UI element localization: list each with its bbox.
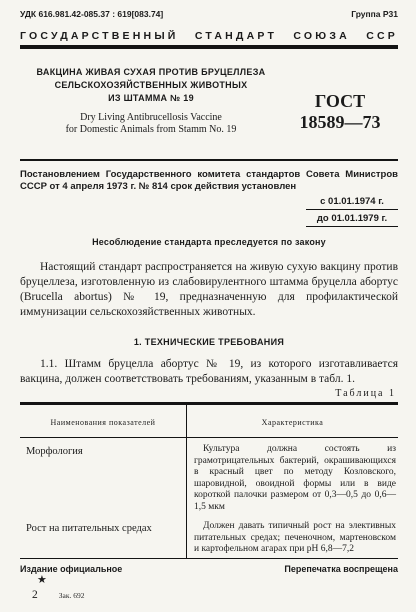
section-1-heading: 1. ТЕХНИЧЕСКИЕ ТРЕБОВАНИЯ xyxy=(20,337,398,347)
gost-document-page: УДК 616.981.42-085.37 : 619[083.74] Груп… xyxy=(0,0,416,612)
title-block: ВАКЦИНА ЖИВАЯ СУХАЯ ПРОТИВ БРУЦЕЛЛЕЗА СЕ… xyxy=(20,66,398,136)
state-standard-banner: ГОСУДАРСТВЕННЫЙ СТАНДАРТ СОЮЗА ССР xyxy=(20,30,398,42)
star-icon: ★ xyxy=(37,575,398,586)
table-row-morphology-value: Культура должна состоять из грамотрицате… xyxy=(187,438,398,515)
clause-1-1: 1.1. Штамм бруцелла абортус № 19, из кот… xyxy=(20,357,398,387)
page-number: 2 xyxy=(32,589,38,601)
table-header-characteristic: Характеристика xyxy=(187,405,398,438)
table-row-morphology-name: Морфология xyxy=(20,438,187,515)
title-en-line-2: for Domestic Animals from Stamm No. 19 xyxy=(20,124,282,136)
decree-paragraph: Постановлением Государственного комитета… xyxy=(20,169,398,193)
document-header-row: УДК 616.981.42-085.37 : 619[083.74] Груп… xyxy=(20,9,398,19)
intro-paragraph: Настоящий стандарт распространяется на ж… xyxy=(20,260,398,320)
valid-from-date: с 01.01.1974 г. xyxy=(306,193,398,210)
title-english: Dry Living Antibrucellosis Vaccine for D… xyxy=(20,112,282,136)
banner-rule xyxy=(20,45,398,49)
title-ru-line-2: СЕЛЬСКОХОЗЯЙСТВЕННЫХ ЖИВОТНЫХ xyxy=(20,79,282,92)
title-en-line-1: Dry Living Antibrucellosis Vaccine xyxy=(20,112,282,124)
valid-to-date: до 01.01.1979 г. xyxy=(306,210,398,227)
reprint-prohibited-label: Перепечатка воспрещена xyxy=(284,564,398,574)
title-left-column: ВАКЦИНА ЖИВАЯ СУХАЯ ПРОТИВ БРУЦЕЛЛЕЗА СЕ… xyxy=(20,66,282,136)
table-row-growth-value: Должен давать типичный рост на элективны… xyxy=(187,515,398,558)
print-order-note: Зак. 692 xyxy=(59,591,85,600)
table-1-caption: Таблица 1 xyxy=(20,388,398,399)
table-1: Наименования показателей Характеристика … xyxy=(20,402,398,559)
title-ru-line-1: ВАКЦИНА ЖИВАЯ СУХАЯ ПРОТИВ БРУЦЕЛЛЕЗА xyxy=(20,66,282,79)
official-edition-label: Издание официальное xyxy=(20,564,122,574)
table-row-growth-name: Рост на питательных средах xyxy=(20,515,187,558)
group-code: Группа Р31 xyxy=(351,9,398,19)
title-ru-line-3: ИЗ ШТАММА № 19 xyxy=(20,92,282,105)
title-separator-rule xyxy=(20,159,398,161)
gost-number-block: ГОСТ 18589—73 xyxy=(282,91,398,136)
page-footer-line: 2 Зак. 692 xyxy=(32,589,398,601)
title-russian: ВАКЦИНА ЖИВАЯ СУХАЯ ПРОТИВ БРУЦЕЛЛЕЗА СЕ… xyxy=(20,66,282,105)
udc-code: УДК 616.981.42-085.37 : 619[083.74] xyxy=(20,9,163,19)
footer-row: Издание официальное Перепечатка воспреще… xyxy=(20,564,398,574)
gost-number: 18589—73 xyxy=(282,112,398,133)
gost-label: ГОСТ xyxy=(282,91,398,112)
legal-notice: Несоблюдение стандарта преследуется по з… xyxy=(20,237,398,247)
table-header-indicators: Наименования показателей xyxy=(20,405,187,438)
